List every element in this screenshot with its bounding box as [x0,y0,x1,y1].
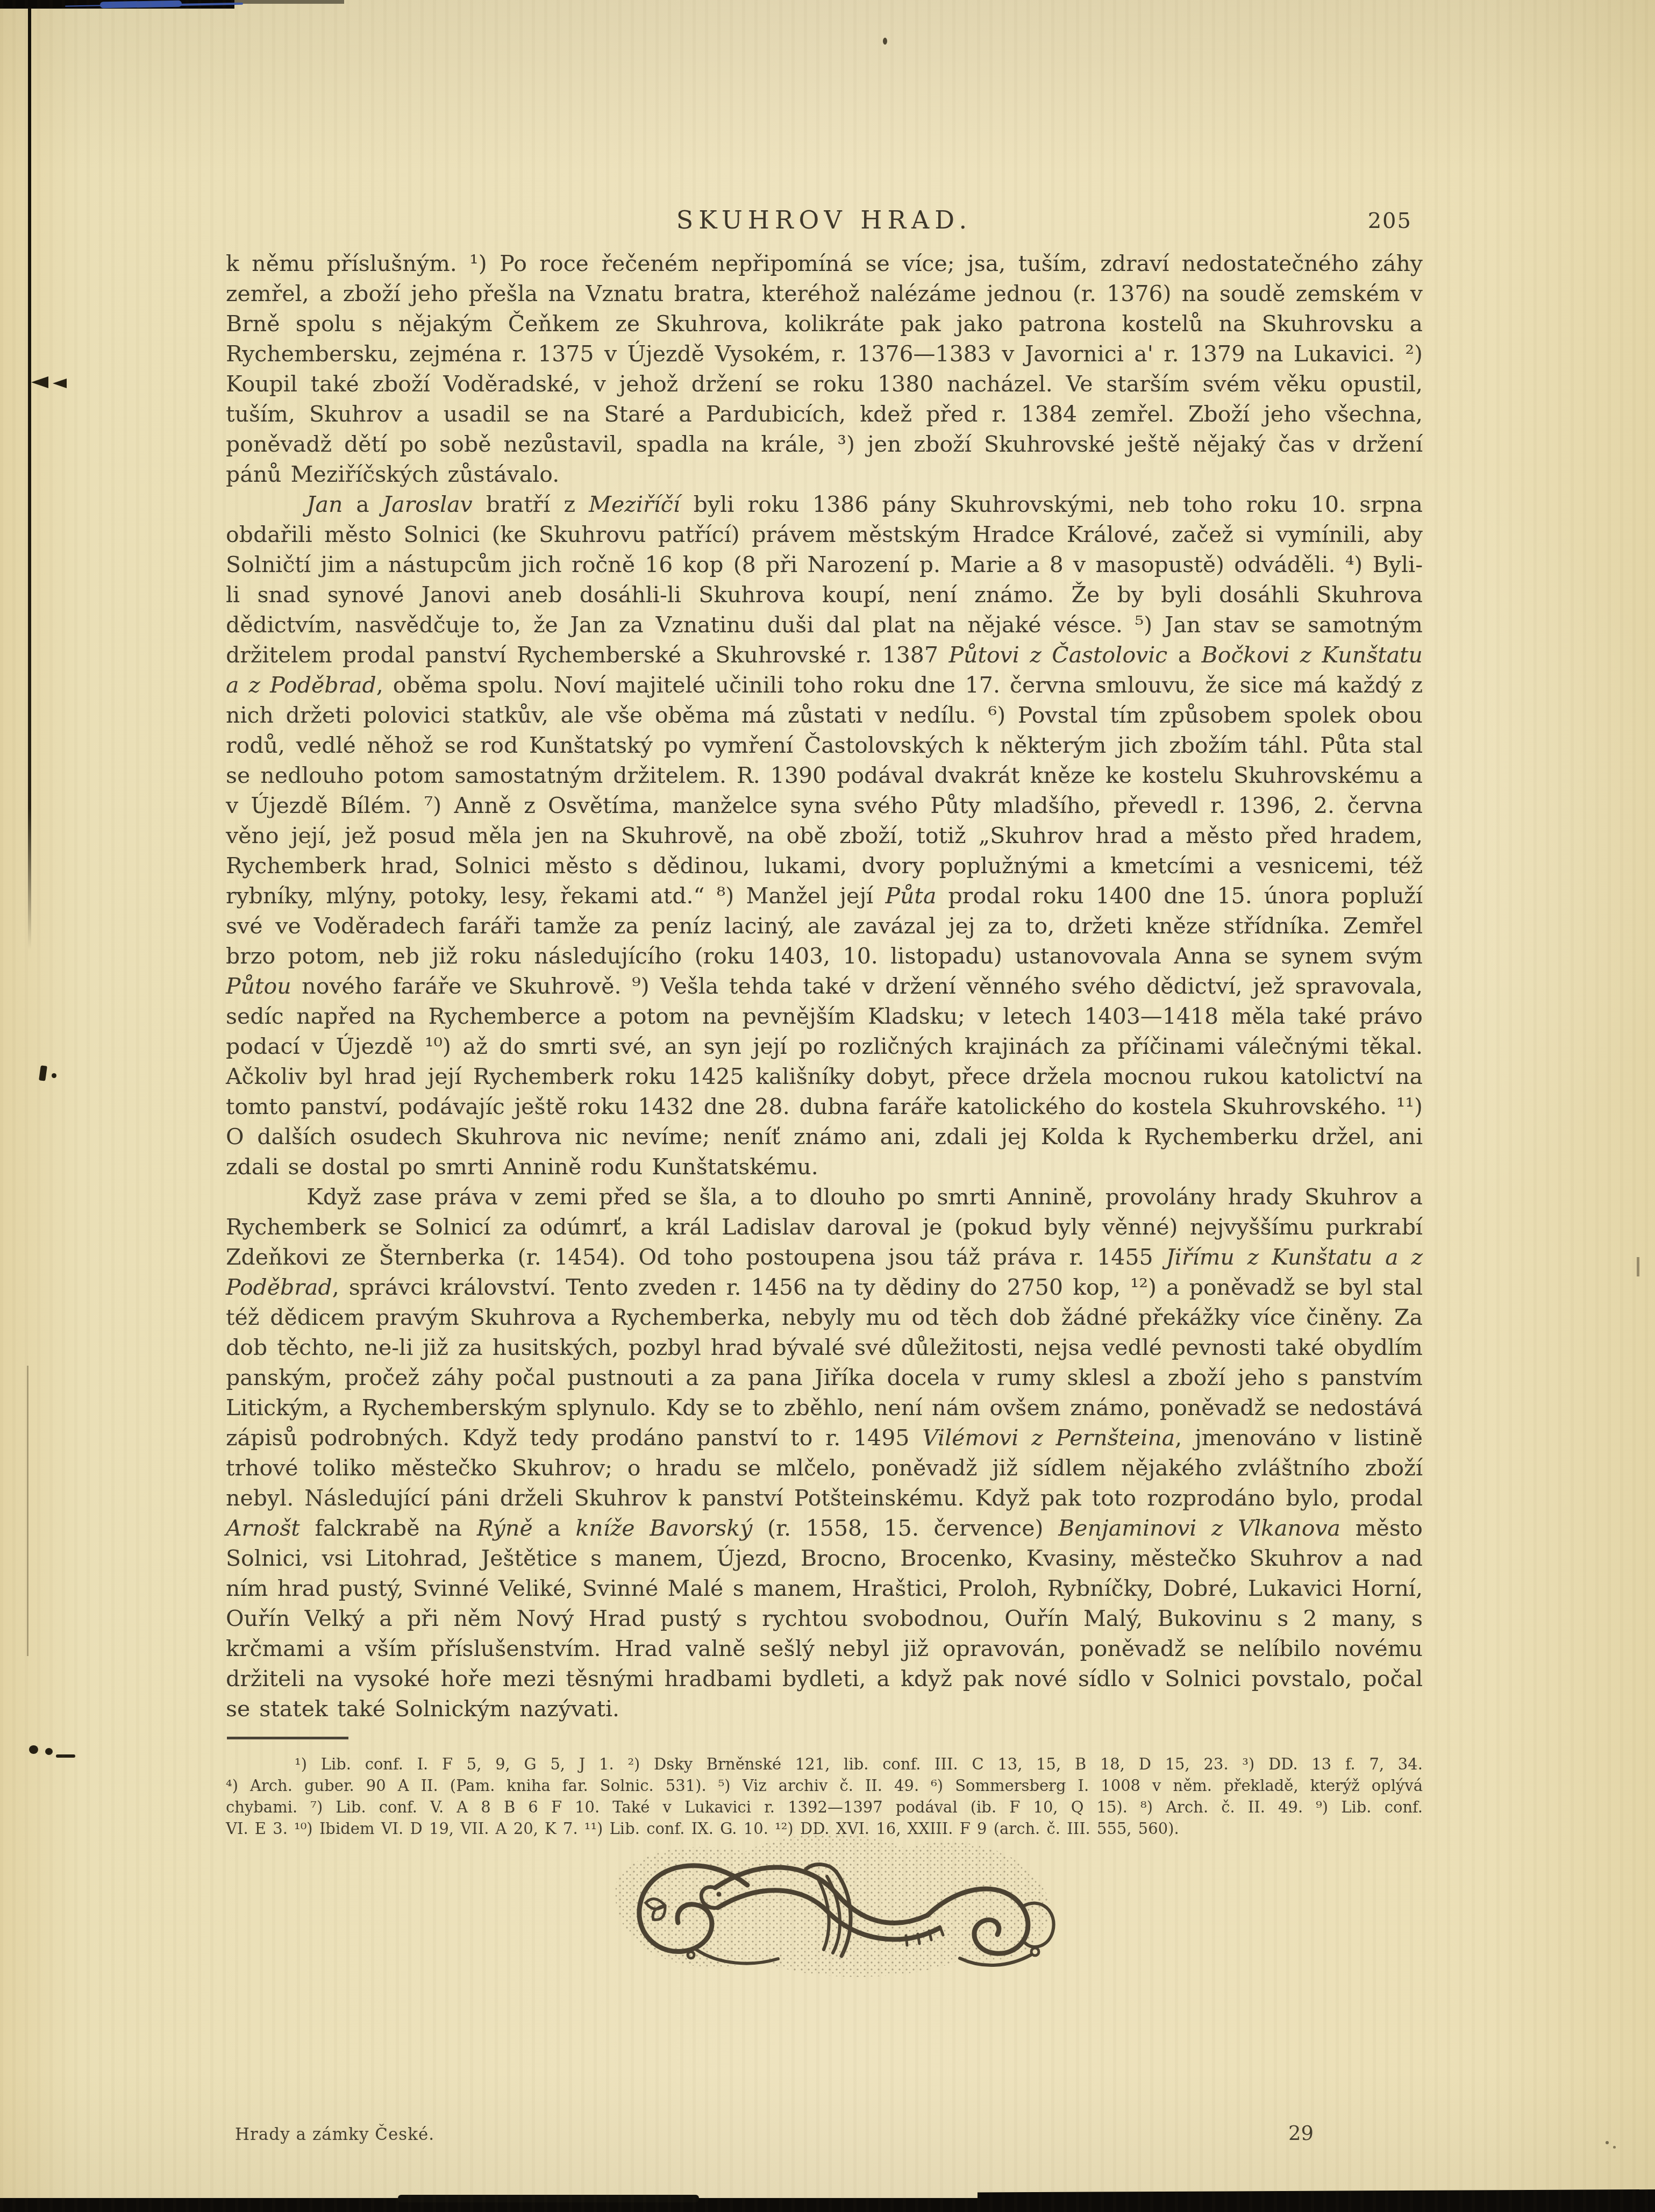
page-title: SKUHROV HRAD. [226,205,1423,234]
book-page: SKUHROV HRAD. 205 k němu příslušným. ¹) … [0,0,1655,2212]
text-run: Půtovi z Častolovic [948,642,1167,668]
paper-speck [883,38,887,45]
scan-edge-top-shadow [231,0,344,4]
margin-mark [53,379,67,388]
text-run: k němu příslušným. ¹) Po roce řečeném ne… [226,251,1423,487]
paragraph-2: Jan a Jaroslav bratří z Meziříčí byli ro… [226,489,1423,1182]
margin-mark [39,1065,47,1081]
paper-speck [1637,1257,1639,1276]
text-run: byli roku 1386 pány Skuhrovskými, neb to… [226,491,1423,668]
text-run: Půtou [226,973,291,999]
scan-edge-bottom-right [978,2189,1655,2212]
text-run: Rýně [477,1515,533,1541]
text-run: , oběma spolu. Noví majitelé učinili toh… [226,672,1423,909]
text-run: bratří z [473,491,589,517]
margin-mark [31,376,48,388]
footnote-line: chybami. ⁷) Lib. conf. V. A 8 B 6 F 10. … [226,1796,1423,1818]
paper-speck [1613,2146,1616,2149]
text-run: a [343,491,383,517]
footnote-line: ⁴) Arch. guber. 90 A II. (Pam. kniha far… [226,1775,1423,1796]
text-run: město Solnici, vsi Litohrad, Ještětice s… [226,1515,1423,1722]
text-run: Benjaminovi z Vlkanova [1058,1515,1340,1541]
text-run: a [533,1515,576,1541]
text-run: a [1167,642,1201,668]
text-run: , správci království. Tento zveden r. 14… [226,1274,1423,1451]
text-run: Jaroslav [383,491,473,517]
dragon-scroll-ornament-icon [583,1818,1067,1989]
margin-mark [45,1748,53,1755]
text-run: Meziříčí [589,491,680,517]
paragraph-3: Když zase práva v zemi před se šla, a to… [226,1182,1423,1724]
footer-sheet-number: 29 [1288,2122,1314,2145]
page-number: 205 [1368,209,1412,233]
footer-book-title: Hrady a zámky České. [235,2125,434,2144]
scan-edge-left-faint [27,1366,28,1656]
paragraph-1: k němu příslušným. ¹) Po roce řečeném ne… [226,248,1423,489]
scan-edge-bottom-mid [398,2195,699,2202]
text-run: nového faráře ve Skuhrově. ⁹) Vešla tehd… [226,973,1423,1180]
paper-speck [1606,2141,1609,2144]
text-run: Vilémovi z Pernšteina [922,1425,1175,1451]
margin-mark [29,1745,38,1754]
text-run: (r. 1558, 15. července) [752,1515,1058,1541]
footnote-line: ¹) Lib. conf. I. F 5, 9, G 5, J 1. ²) Ds… [226,1753,1423,1775]
text-run: falckrabě na [300,1515,477,1541]
scan-edge-left [28,8,31,950]
margin-mark [56,1754,75,1758]
margin-mark [52,1073,56,1078]
text-run: Jan [306,491,343,517]
footnote-divider [227,1737,348,1739]
text-run: Půta [885,883,936,909]
text-run: kníže Bavorský [575,1515,752,1541]
text-column: k němu příslušným. ¹) Po roce řečeném ne… [226,248,1423,1839]
text-run: Arnošt [226,1515,300,1541]
page-header: SKUHROV HRAD. [226,205,1423,234]
